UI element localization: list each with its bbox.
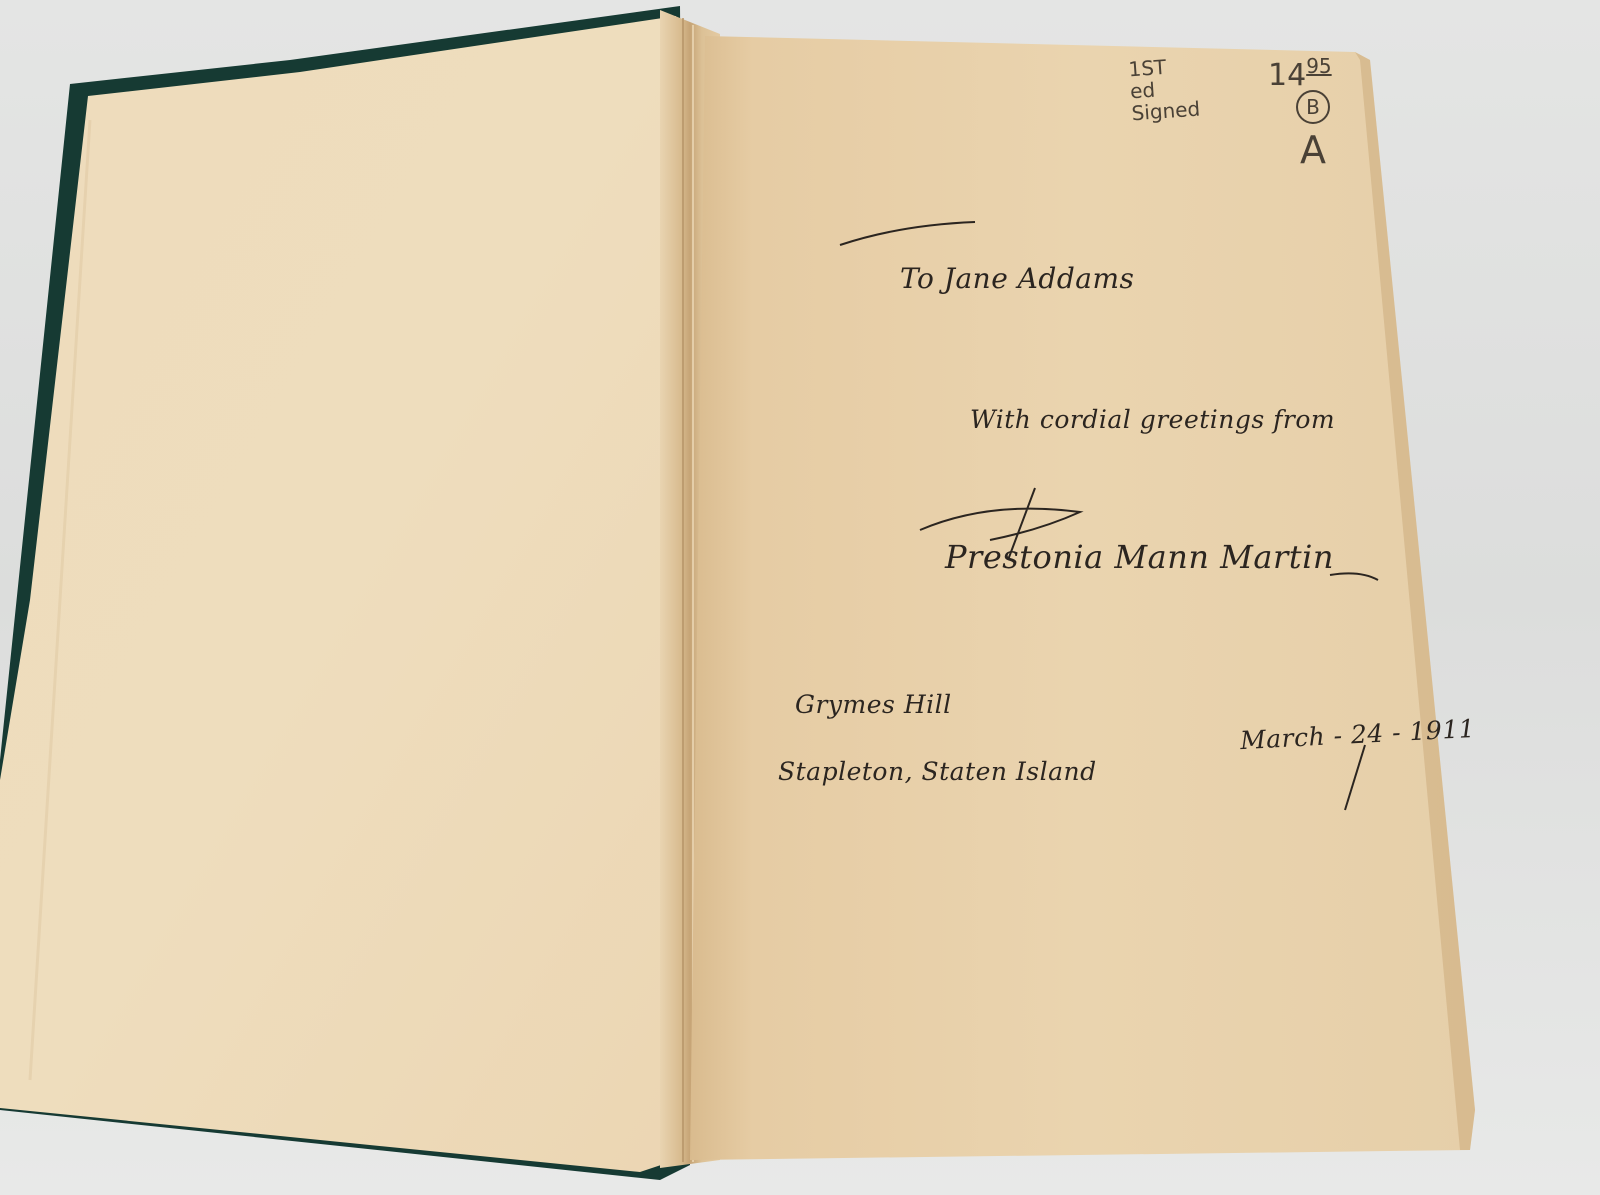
- price-dollars: 14: [1268, 58, 1306, 93]
- inscription-place-line-1: Grymes Hill: [795, 690, 952, 719]
- book-photo: 1ST ed Signed 1495 B A To Jane Addams Wi…: [0, 0, 1600, 1195]
- left-endpaper: [0, 16, 676, 1172]
- pencil-edition-note: 1ST ed Signed: [1128, 54, 1201, 125]
- edition-line-3: Signed: [1131, 98, 1201, 125]
- inscription-greeting: With cordial greetings from: [970, 405, 1335, 434]
- right-endpaper: [690, 36, 1475, 1160]
- inscription-place-line-2: Stapleton, Staten Island: [778, 757, 1097, 786]
- price-cents: 95: [1306, 54, 1331, 78]
- book-illustration: [0, 0, 1600, 1195]
- pencil-grade-mark: A: [1300, 128, 1326, 172]
- inscription-recipient: To Jane Addams: [900, 262, 1134, 295]
- pencil-price: 1495: [1268, 54, 1332, 93]
- inscription-signature: Prestonia Mann Martin: [945, 538, 1334, 576]
- circled-letter-mark: B: [1296, 90, 1330, 124]
